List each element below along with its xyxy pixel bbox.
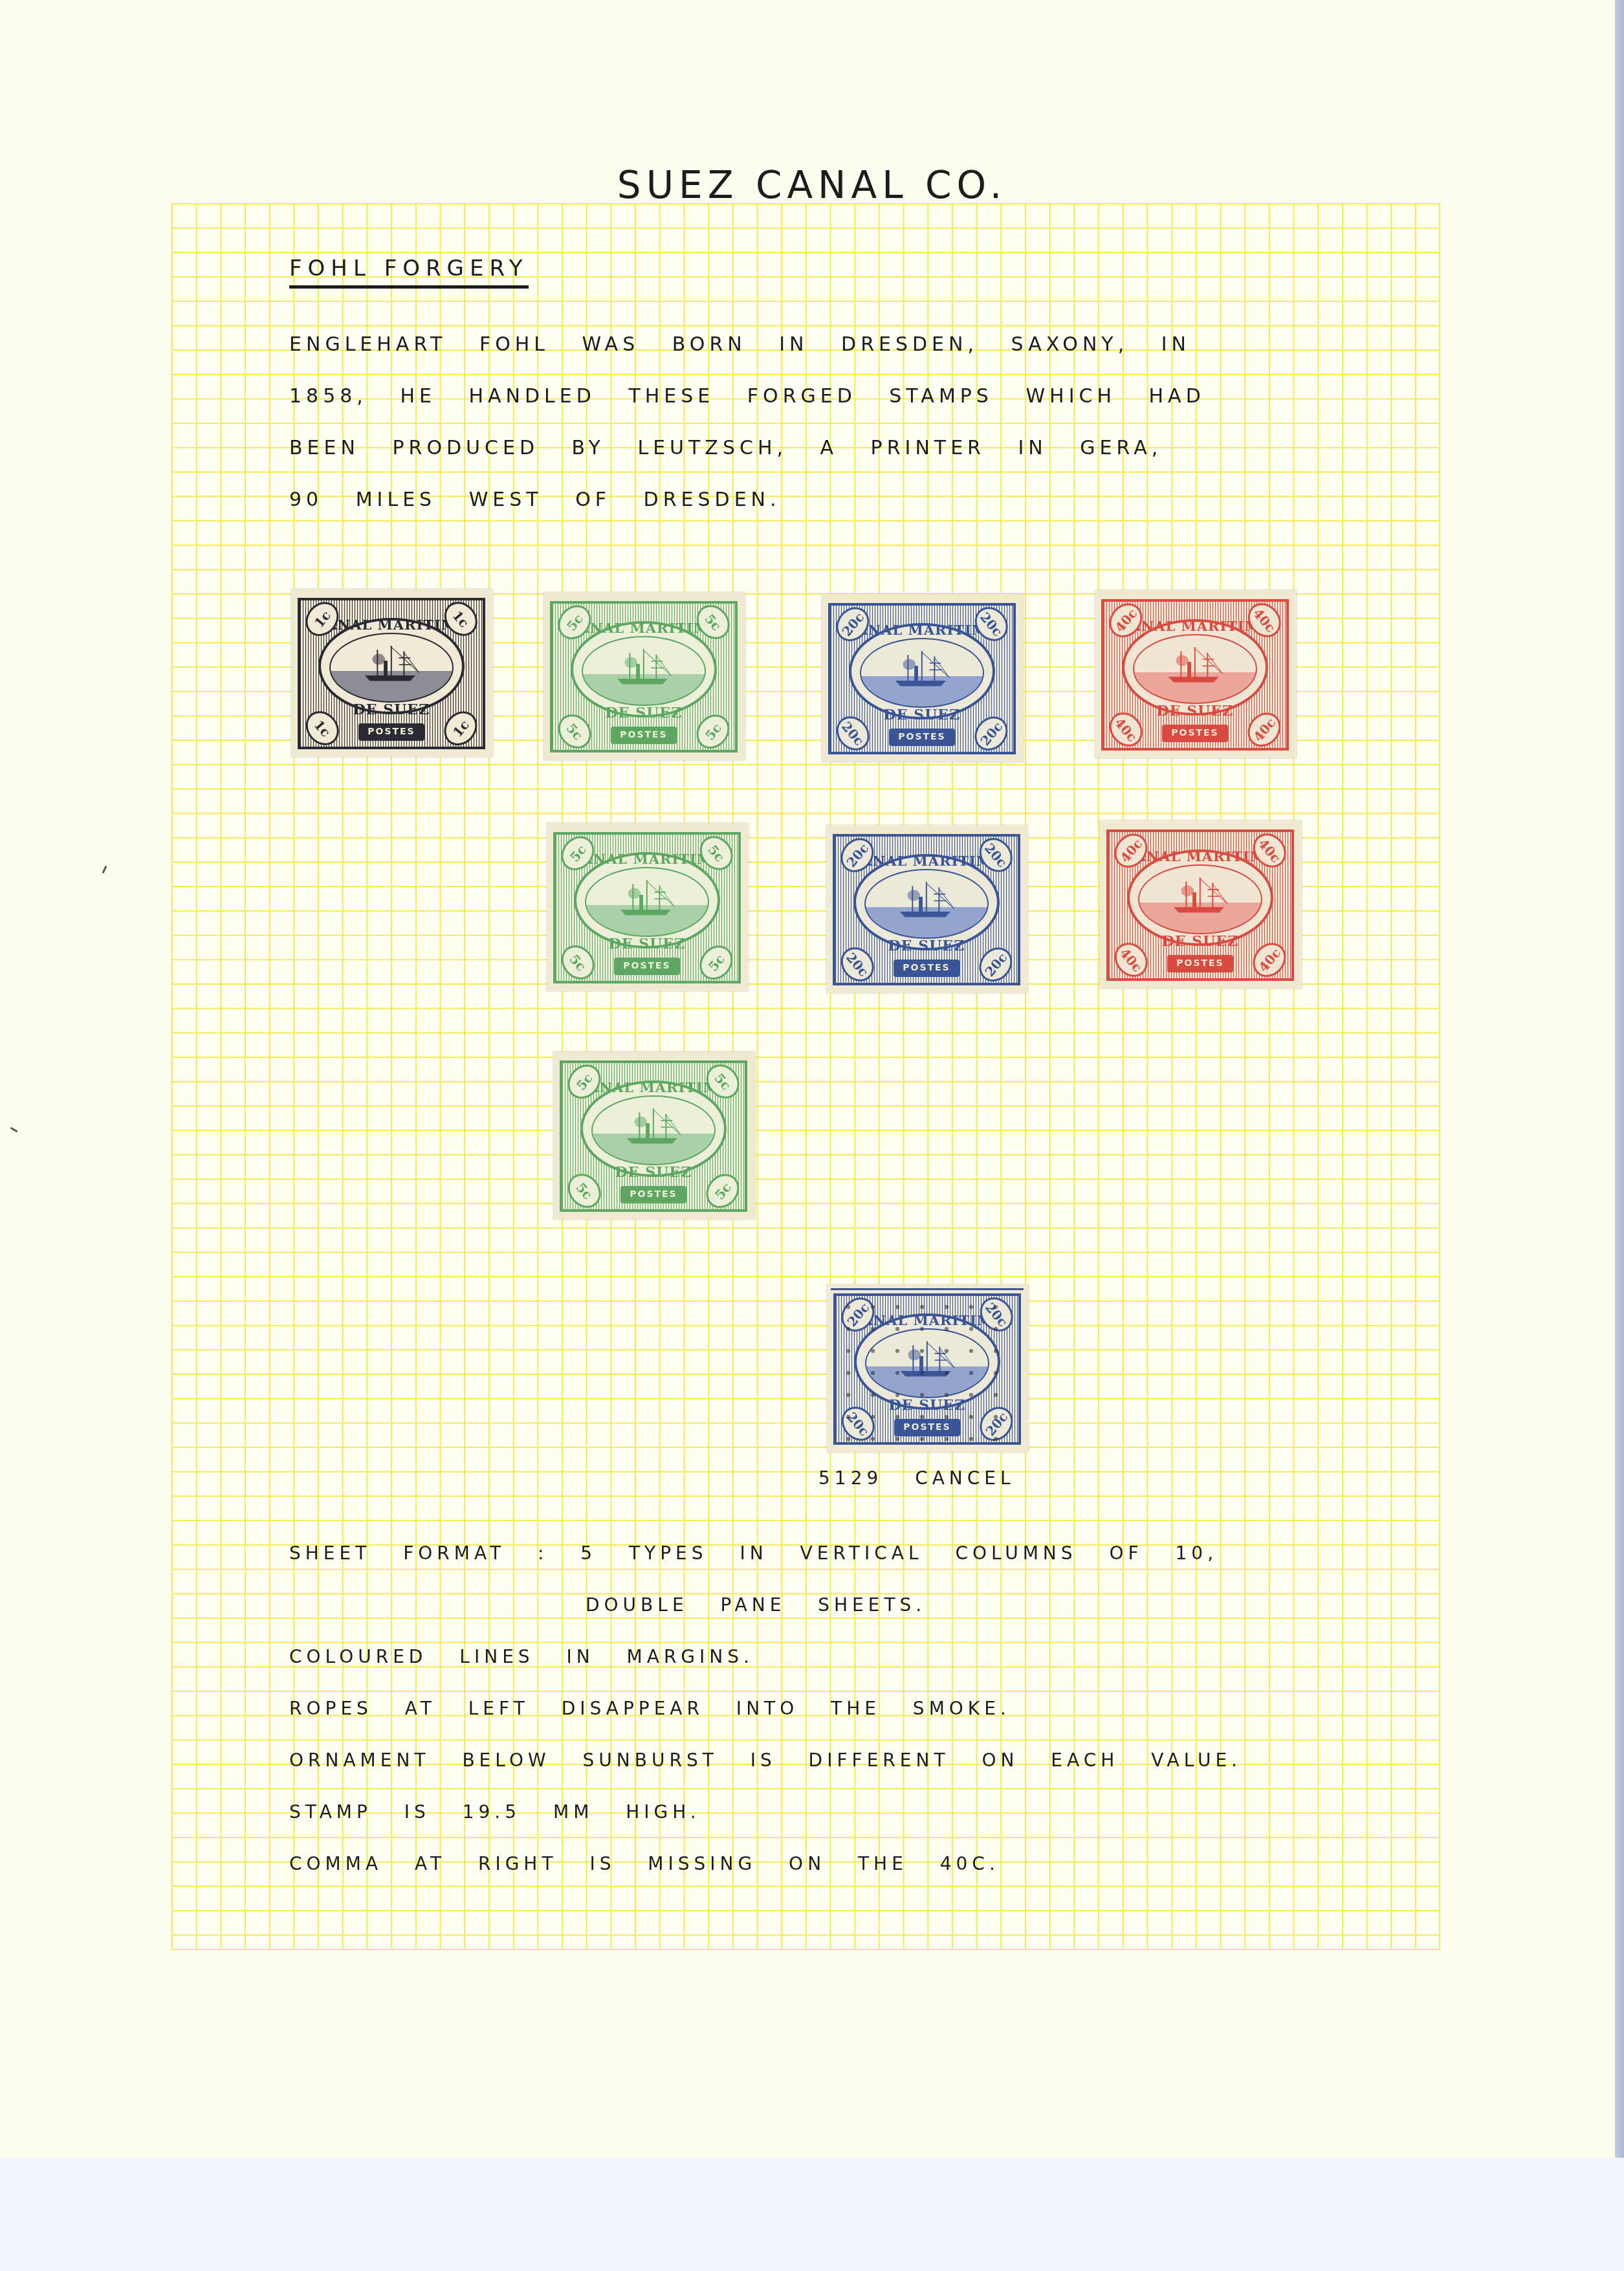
- steamship-icon: [622, 1107, 685, 1148]
- stamp-postes-tablet: POSTES: [894, 960, 960, 977]
- steamship-icon: [612, 648, 675, 688]
- page-title: SUEZ CANAL CO.: [0, 163, 1624, 207]
- paragraph-line: BEEN PRODUCED BY LEUTZSCH, A PRINTER IN …: [289, 437, 1162, 459]
- graph-paper-grid: [171, 203, 1440, 1950]
- stamp-postes-tablet: POSTES: [358, 723, 424, 741]
- paragraph-line: 90 MILES WEST OF DRESDEN.: [289, 488, 781, 511]
- stamp-vignette: [864, 869, 989, 939]
- stamp-frame: CANAL MARITIME DE SUEZ POSTES 20c 20c 20…: [833, 1293, 1021, 1445]
- stamp-postes-tablet: POSTES: [889, 729, 955, 746]
- paragraph-line: 1858, HE HANDLED THESE FORGED STAMPS WHI…: [289, 385, 1205, 408]
- stamp-postes-tablet: POSTES: [611, 727, 677, 744]
- cancel-caption: 5129 CANCEL: [818, 1467, 1015, 1489]
- note-line: ROPES AT LEFT DISAPPEAR INTO THE SMOKE.: [289, 1698, 1011, 1719]
- note-line: COLOURED LINES IN MARGINS.: [289, 1646, 754, 1667]
- page-stack-edge: [1615, 0, 1624, 2158]
- stamp-frame: CANAL MARITIME DE SUEZ POSTES 40c 40c 40…: [1101, 599, 1289, 751]
- stamp-40c-red: CANAL MARITIME DE SUEZ POSTES 40c 40c 40…: [1100, 820, 1302, 989]
- steamship-icon: [615, 879, 679, 919]
- stamp-vignette: [1138, 864, 1262, 934]
- note-line: STAMP IS 19.5 MM HIGH.: [289, 1801, 701, 1823]
- stamp-postes-tablet: POSTES: [894, 1419, 960, 1436]
- steamship-icon: [890, 650, 954, 690]
- section-heading: FOHL FORGERY: [289, 256, 529, 289]
- coloured-margin-line: [831, 1288, 1024, 1290]
- note-line: SHEET FORMAT : 5 TYPES IN VERTICAL COLUM…: [289, 1542, 1218, 1564]
- stamp-postes-tablet: POSTES: [620, 1186, 686, 1203]
- steamship-icon: [895, 1340, 959, 1381]
- stamp-vignette: [591, 1095, 716, 1165]
- stamp-frame: CANAL MARITIME DE SUEZ POSTES 1c 1c 1c 1…: [298, 598, 485, 749]
- stamp-vignette: [585, 867, 709, 937]
- stamp-frame: CANAL MARITIME DE SUEZ POSTES 20c 20c 20…: [833, 834, 1020, 985]
- stamp-20c-blue: CANAL MARITIME DE SUEZ POSTES 20c 20c 20…: [826, 825, 1028, 993]
- stamp-5c-green: CANAL MARITIME DE SUEZ POSTES 5c 5c 5c 5…: [553, 1051, 755, 1220]
- stamp-frame: CANAL MARITIME DE SUEZ POSTES 5c 5c 5c 5…: [550, 601, 738, 752]
- stamp-postes-tablet: POSTES: [614, 958, 680, 975]
- stamp-vignette: [865, 1328, 989, 1398]
- stamp-5c-green: CANAL MARITIME DE SUEZ POSTES 5c 5c 5c 5…: [547, 823, 749, 991]
- steamship-icon: [1163, 646, 1227, 686]
- note-line: ORNAMENT BELOW SUNBURST IS DIFFERENT ON …: [289, 1750, 1242, 1771]
- paragraph-line: ENGLEHART FOHL WAS BORN IN DRESDEN, SAXO…: [289, 333, 1191, 356]
- steamship-icon: [360, 644, 423, 685]
- stamp-frame: CANAL MARITIME DE SUEZ POSTES 5c 5c 5c 5…: [560, 1060, 747, 1212]
- stamp-postes-tablet: POSTES: [1167, 955, 1233, 972]
- stamp-postes-tablet: POSTES: [1162, 725, 1228, 742]
- steamship-icon: [895, 881, 958, 921]
- stamp-5c-green: CANAL MARITIME DE SUEZ POSTES 5c 5c 5c 5…: [543, 592, 745, 760]
- stamp-20c-blue: CANAL MARITIME DE SUEZ POSTES 20c 20c 20…: [822, 594, 1024, 762]
- stamp-vignette: [329, 633, 454, 703]
- stamp-40c-red: CANAL MARITIME DE SUEZ POSTES 40c 40c 40…: [1095, 590, 1297, 758]
- stamp-frame: CANAL MARITIME DE SUEZ POSTES 20c 20c 20…: [828, 603, 1016, 754]
- stamp-vignette: [1133, 634, 1257, 704]
- stamp-vignette: [860, 638, 984, 708]
- stamp-20c-blue: CANAL MARITIME DE SUEZ POSTES 20c 20c 20…: [827, 1284, 1029, 1453]
- steamship-icon: [1169, 876, 1232, 917]
- note-line: DOUBLE PANE SHEETS.: [586, 1594, 926, 1616]
- stamp-vignette: [582, 636, 706, 706]
- stamp-1c-black: CANAL MARITIME DE SUEZ POSTES 1c 1c 1c 1…: [291, 589, 493, 757]
- note-line: COMMA AT RIGHT IS MISSING ON THE 40C.: [289, 1853, 1000, 1874]
- stamp-frame: CANAL MARITIME DE SUEZ POSTES 5c 5c 5c 5…: [553, 832, 741, 983]
- stamp-frame: CANAL MARITIME DE SUEZ POSTES 40c 40c 40…: [1106, 829, 1294, 981]
